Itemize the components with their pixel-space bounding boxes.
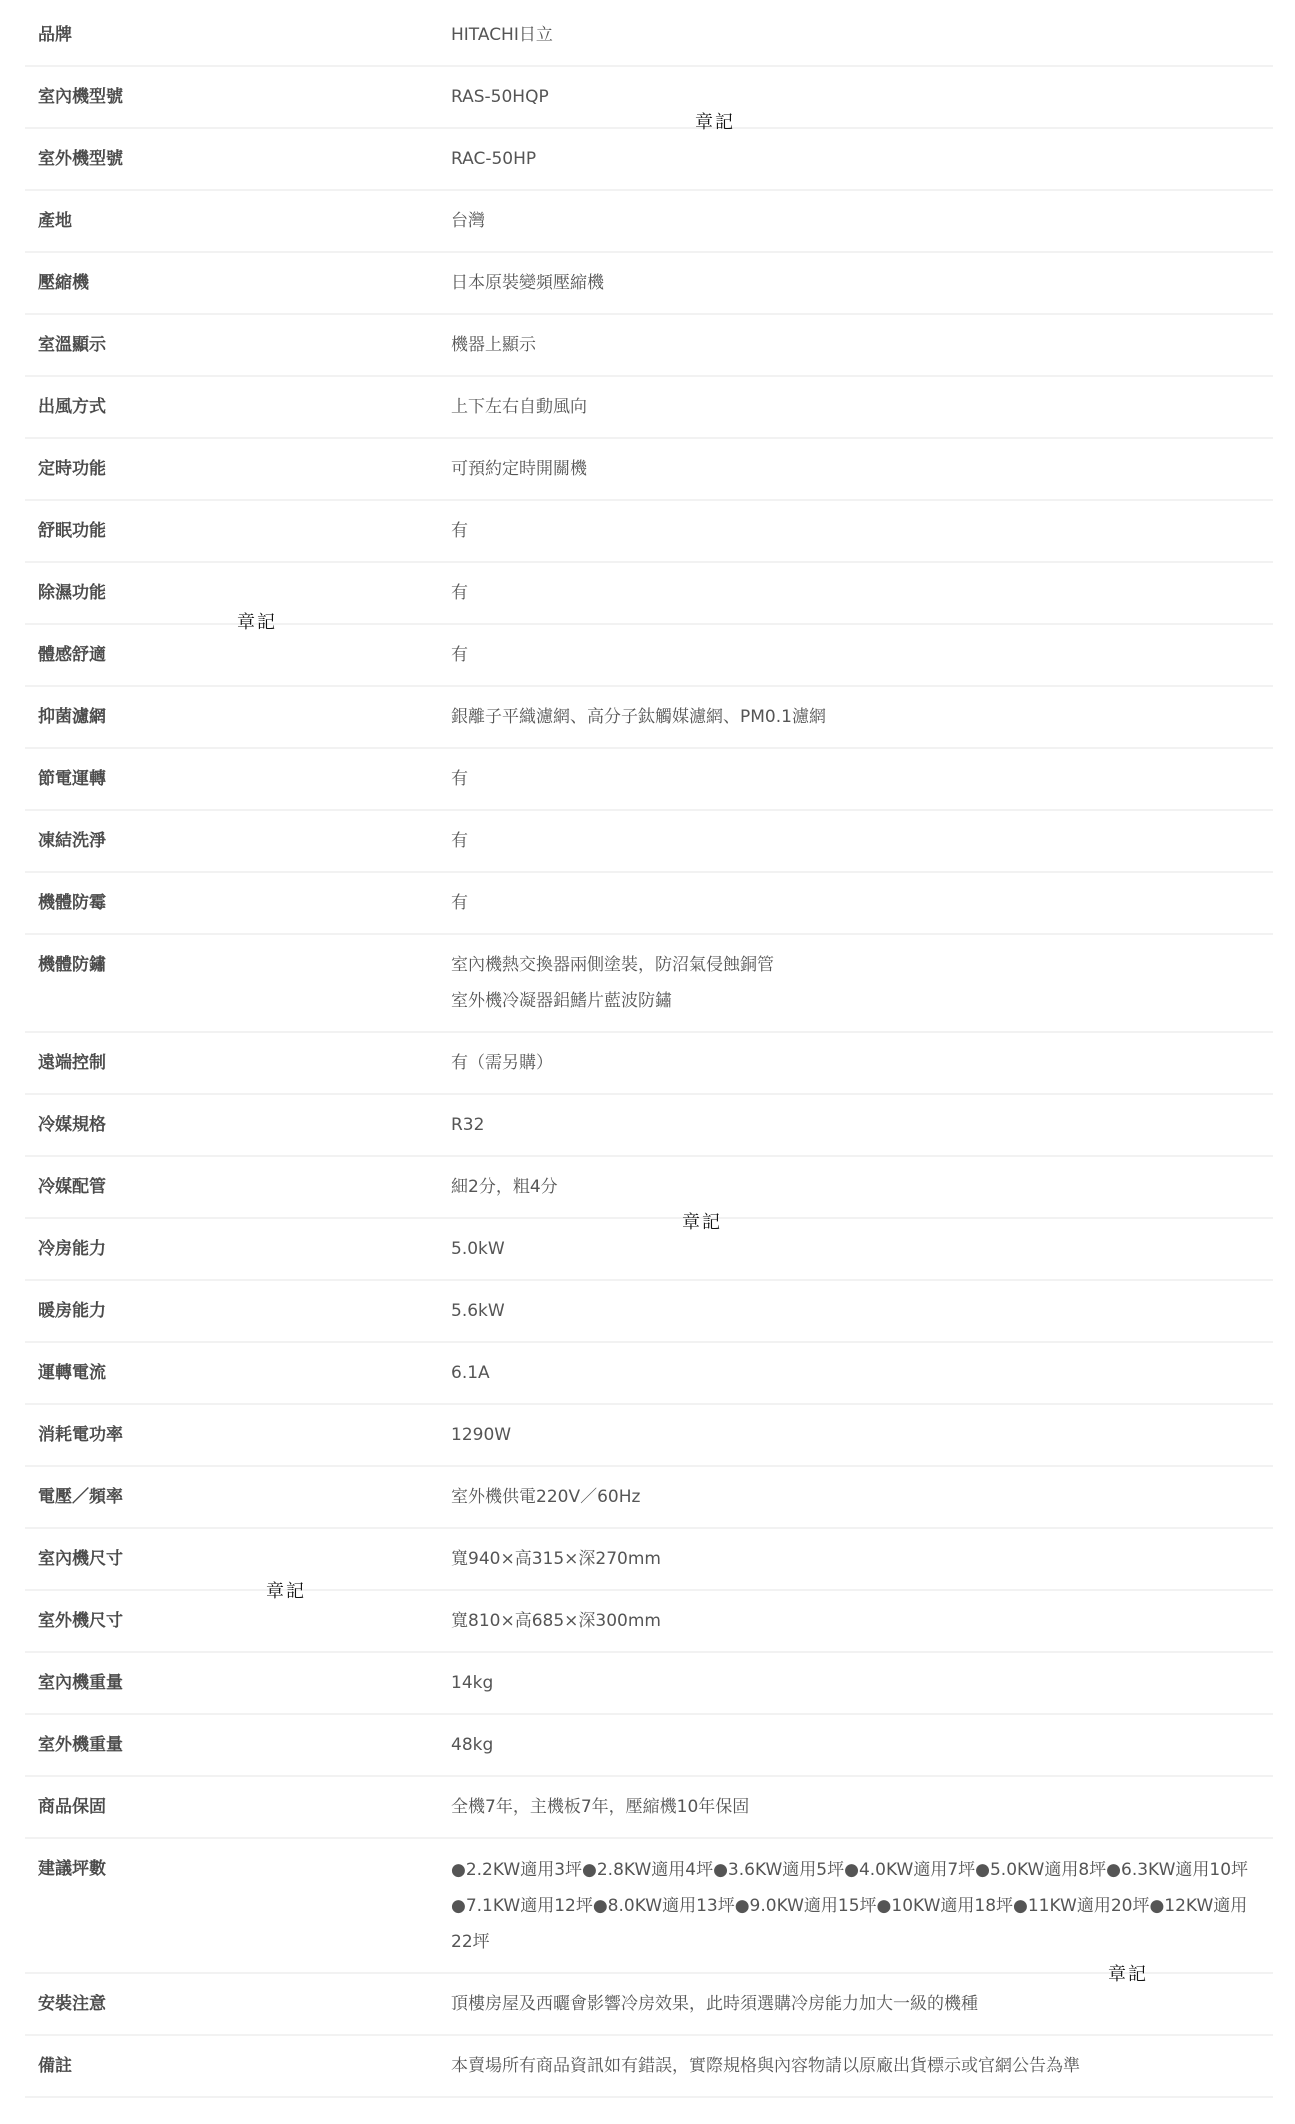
spec-label: 冷房能力 [25,1238,451,1261]
spec-label: 室外機尺寸 [25,1610,451,1633]
spec-label: 遠端控制 [25,1052,451,1075]
spec-row-power: 消耗電功率 1290W [25,1405,1273,1467]
spec-value: 日本原裝變頻壓縮機 [451,272,1273,295]
watermark-stamp: 章記 [237,613,277,633]
spec-row-indoor-weight: 室內機重量 14kg [25,1653,1273,1715]
spec-value: 頂樓房屋及西曬會影響冷房效果，此時須選購冷房能力加大一級的機種 [451,1993,1273,2016]
spec-value: 有 [451,892,1273,915]
spec-label: 建議坪數 [25,1858,451,1881]
spec-value: 有 [451,520,1273,543]
spec-row-sleep: 舒眠功能 有 [25,501,1273,563]
spec-value: 5.0kW [451,1238,1273,1261]
spec-row-timer: 定時功能 可預約定時開關機 [25,439,1273,501]
spec-label: 機體防鏽 [25,954,451,977]
spec-value: 有 [451,830,1273,853]
spec-label: 舒眠功能 [25,520,451,543]
spec-row-indoor-size: 室內機尺寸 寬940×高315×深270mm [25,1529,1273,1591]
spec-row-indoor-model: 室內機型號 RAS-50HQP [25,67,1273,129]
spec-row-anti-mold: 機體防霉 有 [25,873,1273,935]
spec-label: 室內機重量 [25,1672,451,1695]
spec-label: 機體防霉 [25,892,451,915]
spec-value: 寬810×高685×深300mm [451,1610,1273,1633]
spec-row-temp-display: 室溫顯示 機器上顯示 [25,315,1273,377]
spec-row-outdoor-model: 室外機型號 RAC-50HP [25,129,1273,191]
spec-label: 冷媒配管 [25,1176,451,1199]
spec-label: 壓縮機 [25,272,451,295]
spec-row-brand: 品牌 HITACHI日立 [25,5,1273,67]
spec-row-current: 運轉電流 6.1A [25,1343,1273,1405]
spec-label: 產地 [25,210,451,233]
spec-value: 銀離子平織濾網、高分子鈦觸媒濾網、PM0.1濾網 [451,706,1273,729]
spec-value: 48kg [451,1734,1273,1757]
spec-label: 出風方式 [25,396,451,419]
spec-value: RAC-50HP [451,148,1273,171]
spec-label: 品牌 [25,24,451,47]
spec-value: HITACHI日立 [451,24,1273,47]
spec-label: 定時功能 [25,458,451,481]
spec-value: 有（需另購） [451,1052,1273,1075]
spec-row-remarks: 備註 本賣場所有商品資訊如有錯誤，實際規格與內容物請以原廠出貨標示或官網公告為準 [25,2036,1273,2098]
spec-row-energy-saving: 節電運轉 有 [25,749,1273,811]
spec-label: 備註 [25,2055,451,2078]
spec-row-refrigerant: 冷媒規格 R32 [25,1095,1273,1157]
spec-value: 本賣場所有商品資訊如有錯誤，實際規格與內容物請以原廠出貨標示或官網公告為準 [451,2055,1273,2078]
spec-row-outdoor-weight: 室外機重量 48kg [25,1715,1273,1777]
spec-value: 有 [451,644,1273,667]
spec-value: 有 [451,768,1273,791]
spec-row-installation-note: 安裝注意 頂樓房屋及西曬會影響冷房效果，此時須選購冷房能力加大一級的機種 [25,1974,1273,2036]
spec-row-dehumidify: 除濕功能 有 [25,563,1273,625]
spec-value: ●2.2KW適用3坪●2.8KW適用4坪●3.6KW適用5坪●4.0KW適用7坪… [451,1852,1273,1960]
watermark-stamp: 章記 [695,113,735,133]
spec-row-warranty: 商品保固 全機7年，主機板7年，壓縮機10年保固 [25,1777,1273,1839]
spec-label: 體感舒適 [25,644,451,667]
spec-value: RAS-50HQP [451,86,1273,109]
spec-label: 室內機尺寸 [25,1548,451,1571]
spec-label: 冷媒規格 [25,1114,451,1137]
spec-row-body-comfort: 體感舒適 有 [25,625,1273,687]
spec-value: R32 [451,1114,1273,1137]
spec-value: 室外機供電220V／60Hz [451,1486,1273,1509]
spec-row-origin: 產地 台灣 [25,191,1273,253]
spec-row-remote: 遠端控制 有（需另購） [25,1033,1273,1095]
spec-value: 14kg [451,1672,1273,1695]
spec-value: 有 [451,582,1273,605]
spec-label: 室外機型號 [25,148,451,171]
spec-label: 運轉電流 [25,1362,451,1385]
spec-row-recommended-area: 建議坪數 ●2.2KW適用3坪●2.8KW適用4坪●3.6KW適用5坪●4.0K… [25,1839,1273,1974]
spec-value: 可預約定時開關機 [451,458,1273,481]
spec-label: 商品保固 [25,1796,451,1819]
spec-label: 室內機型號 [25,86,451,109]
spec-row-compressor: 壓縮機 日本原裝變頻壓縮機 [25,253,1273,315]
spec-value: 細2分，粗4分 [451,1176,1273,1199]
watermark-stamp: 章記 [682,1213,722,1233]
spec-value: 機器上顯示 [451,334,1273,357]
spec-label: 凍結洗淨 [25,830,451,853]
spec-value: 上下左右自動風向 [451,396,1273,419]
spec-row-airflow: 出風方式 上下左右自動風向 [25,377,1273,439]
spec-label: 電壓／頻率 [25,1486,451,1509]
spec-label: 除濕功能 [25,582,451,605]
spec-row-anti-rust: 機體防鏽 室內機熱交換器兩側塗裝，防沼氣侵蝕銅管 室外機冷凝器鋁鰭片藍波防鏽 [25,935,1273,1033]
spec-label: 抑菌濾網 [25,706,451,729]
spec-row-piping: 冷媒配管 細2分，粗4分 [25,1157,1273,1219]
spec-row-freeze-wash: 凍結洗淨 有 [25,811,1273,873]
spec-row-cooling-capacity: 冷房能力 5.0kW [25,1219,1273,1281]
spec-label: 消耗電功率 [25,1424,451,1447]
spec-label: 暖房能力 [25,1300,451,1323]
spec-value: 5.6kW [451,1300,1273,1323]
spec-value: 台灣 [451,210,1273,233]
spec-row-outdoor-size: 室外機尺寸 寬810×高685×深300mm [25,1591,1273,1653]
spec-value: 室內機熱交換器兩側塗裝，防沼氣侵蝕銅管 室外機冷凝器鋁鰭片藍波防鏽 [451,954,1273,1013]
spec-row-filter: 抑菌濾網 銀離子平織濾網、高分子鈦觸媒濾網、PM0.1濾網 [25,687,1273,749]
spec-value: 寬940×高315×深270mm [451,1548,1273,1571]
spec-label: 安裝注意 [25,1993,451,2016]
spec-row-voltage: 電壓／頻率 室外機供電220V／60Hz [25,1467,1273,1529]
spec-value-line: 室外機冷凝器鋁鰭片藍波防鏽 [451,990,1259,1013]
spec-value: 1290W [451,1424,1273,1447]
spec-value: 全機7年，主機板7年，壓縮機10年保固 [451,1796,1273,1819]
spec-value: 6.1A [451,1362,1273,1385]
spec-label: 室溫顯示 [25,334,451,357]
spec-value-line: 室內機熱交換器兩側塗裝，防沼氣侵蝕銅管 [451,954,1259,977]
watermark-stamp: 章記 [266,1582,306,1602]
watermark-stamp: 章記 [1108,1965,1148,1985]
spec-row-heating-capacity: 暖房能力 5.6kW [25,1281,1273,1343]
spec-label: 室外機重量 [25,1734,451,1757]
spec-label: 節電運轉 [25,768,451,791]
spec-table: 品牌 HITACHI日立 室內機型號 RAS-50HQP 室外機型號 RAC-5… [25,5,1273,2098]
